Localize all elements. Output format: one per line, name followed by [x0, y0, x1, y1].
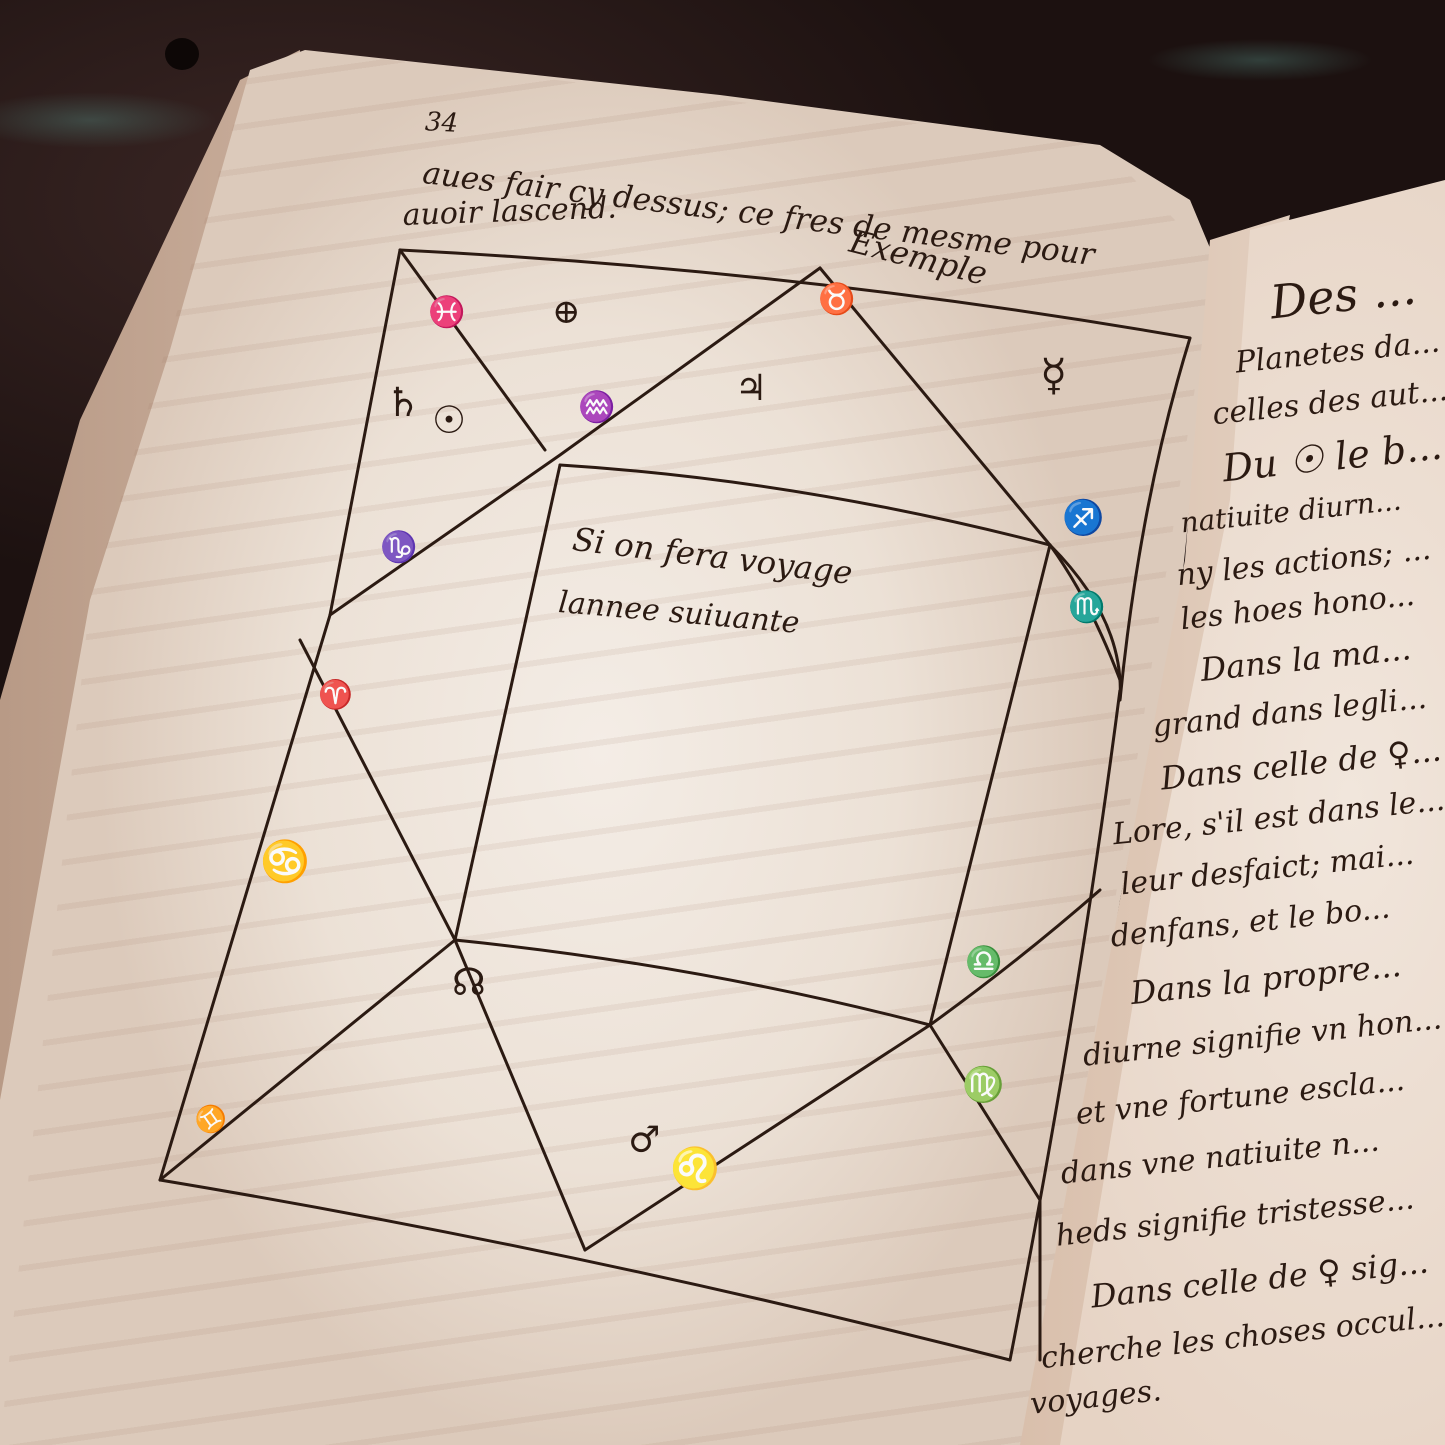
capricorn-sign-icon: ♑: [380, 530, 417, 565]
jupiter-icon: ♃: [735, 368, 767, 409]
mars-icon: ♂: [628, 1120, 660, 1161]
saturn-icon: ♄: [385, 380, 421, 426]
virgo-sign-icon: ♍: [962, 1065, 1004, 1105]
pisces-sign-icon: ♓: [428, 295, 465, 330]
part-of-fortune-icon: ⊕: [552, 292, 581, 332]
sagittarius-sign-icon: ♐: [1062, 498, 1104, 538]
dragon-head-icon: ☊: [452, 960, 486, 1004]
libra-sign-icon: ♎: [965, 945, 1002, 980]
leo-sign-icon: ♌: [670, 1145, 720, 1192]
sun-icon: ☉: [432, 398, 466, 442]
cancer-sign-icon: ♋: [260, 838, 310, 885]
scorpio-sign-icon: ♏: [1068, 590, 1105, 625]
taurus-sign-icon: ♉: [818, 282, 855, 317]
mercury-icon: ☿: [1040, 350, 1067, 401]
aries-sign-icon: ♈: [318, 678, 353, 711]
aquarius-sign-icon: ♒: [578, 390, 615, 425]
